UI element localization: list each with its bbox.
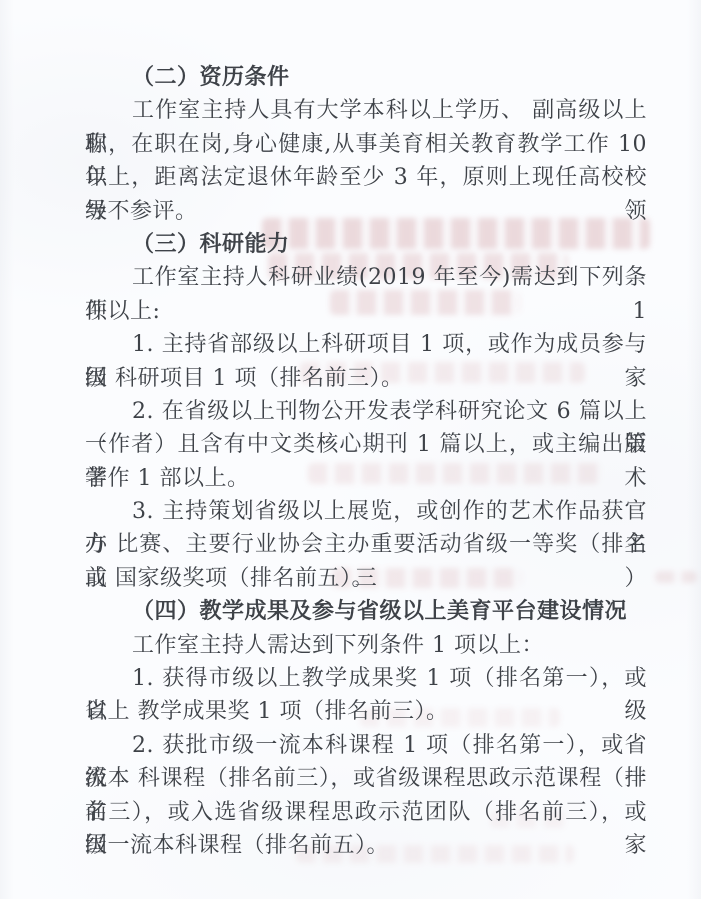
bleedthrough-text-mark [655, 571, 697, 583]
text-line: 以上，距离法定退休年龄至少 3 年，原则上现任高校校级领 [85, 161, 647, 194]
text-line: 称，在职在岗,身心健康,从事美育相关教育教学工作 10 年 [85, 128, 647, 161]
text-line: 一作者）且含有中文类核心期刊 1 篇以上，或主编出版学术 [85, 428, 647, 461]
text-line: 2. 在省级以上刊物公开发表学科研究论文 6 篇以上（第 [85, 395, 647, 428]
document-body: （二）资历条件工作室主持人具有大学本科以上学历、 副高级以上职称，在职在岗,身心… [85, 61, 647, 862]
section-heading: （四）教学成果及参与省级以上美育平台建设情况 [85, 595, 647, 628]
text-line: 3. 主持策划省级以上展览，或创作的艺术作品获官方主 [85, 495, 647, 528]
text-line: 1. 获得市级以上教学成果奖 1 项（排名第一），或省级 [85, 662, 647, 695]
text-line: 工作室主持人科研业绩(2019 年至今)需达到下列条件 1 [85, 261, 647, 294]
document-page: （二）资历条件工作室主持人具有大学本科以上学历、 副高级以上职称，在职在岗,身心… [0, 0, 701, 899]
text-line: 工作室主持人具有大学本科以上学历、 副高级以上职 [85, 94, 647, 127]
text-line: 2. 获批市级一流本科课程 1 项（排名第一），或省级一 [85, 729, 647, 762]
text-line: 办 比赛、主要行业协会主办重要活动省级一等奖（排名前三） [85, 528, 647, 561]
text-line: 流本 科课程（排名前三），或省级课程思政示范课程（排名 [85, 762, 647, 795]
text-line: 工作室主持人需达到下列条件 1 项以上： [85, 629, 647, 662]
text-line: 前三），或入选省级课程思政示范团队（排名前三），或国家 [85, 796, 647, 829]
section-heading: （三）科研能力 [85, 228, 647, 261]
text-line: 1. 主持省部级以上科研项目 1 项，或作为成员参与国家 [85, 328, 647, 361]
section-heading: （二）资历条件 [85, 61, 647, 94]
